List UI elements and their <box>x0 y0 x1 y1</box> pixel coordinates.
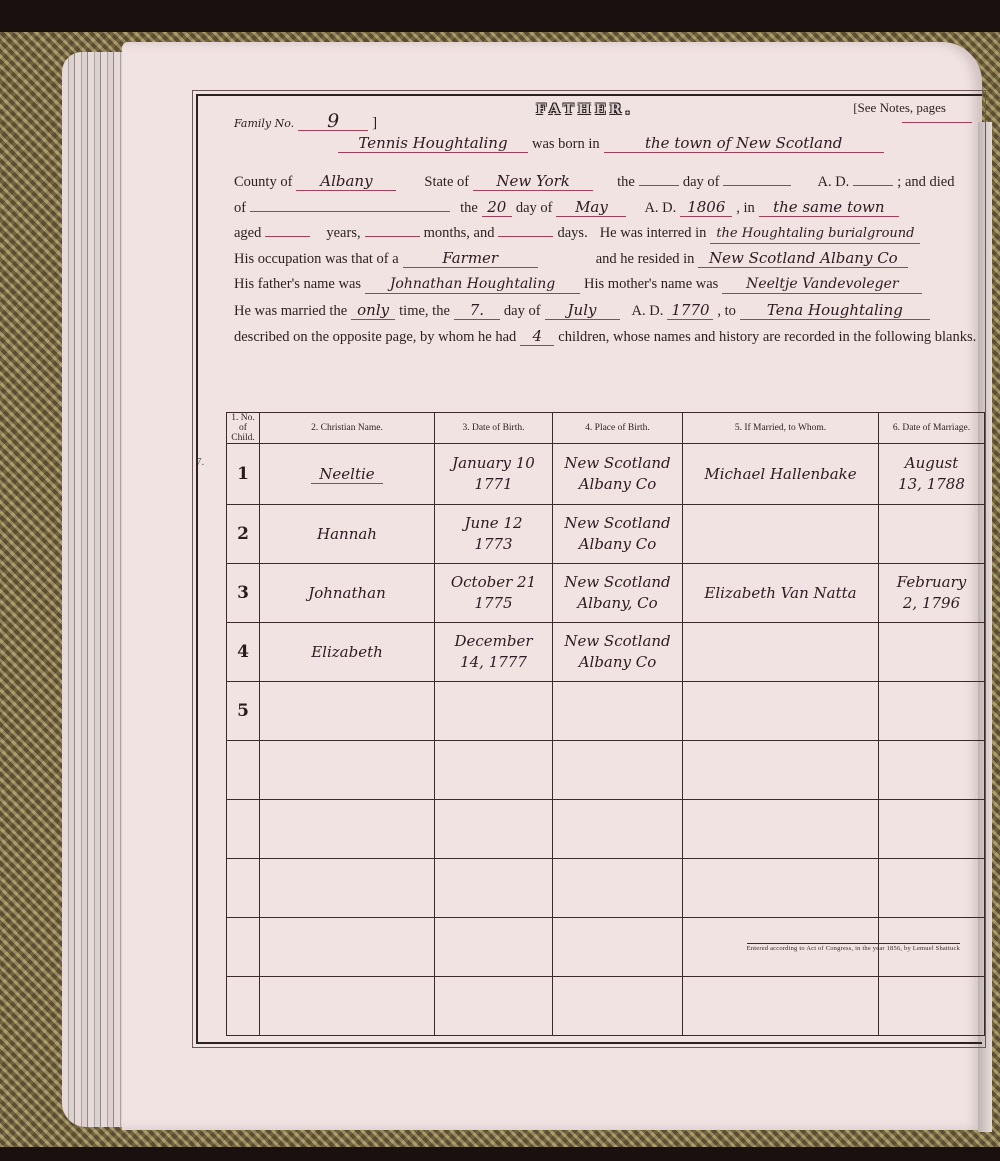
residence-field[interactable]: New Scotland Albany Co <box>698 249 908 268</box>
married-label: He was married the <box>234 303 347 319</box>
pob-line1: New Scotland <box>553 631 682 652</box>
family-no-label: Family No. <box>234 117 294 130</box>
birth-day-field[interactable] <box>639 185 679 186</box>
header-christian-name: 2. Christian Name. <box>260 413 435 444</box>
dom-line1: August <box>879 453 984 474</box>
ad-label: A. D. <box>817 174 849 190</box>
place-of-birth-cell[interactable] <box>553 741 683 800</box>
header-date-of-birth: 3. Date of Birth. <box>435 413 553 444</box>
death-year-field[interactable]: 1806 <box>680 198 732 217</box>
table-row <box>227 741 985 800</box>
dob-line1: June 12 <box>435 513 552 534</box>
married-to-cell[interactable] <box>683 800 879 859</box>
dom-line1: February <box>879 572 984 593</box>
married-to-cell[interactable]: Michael Hallenbake <box>683 444 879 505</box>
of-label: of <box>234 200 246 216</box>
family-no-bracket: ] <box>372 115 377 131</box>
married-to-cell[interactable]: Elizabeth Van Natta <box>683 564 879 623</box>
place-of-birth-cell[interactable]: New ScotlandAlbany Co <box>553 444 683 505</box>
table-row: 1NeeltieJanuary 101771New ScotlandAlbany… <box>227 444 985 505</box>
date-of-birth-cell[interactable]: October 211775 <box>435 564 553 623</box>
death-place-field[interactable] <box>250 211 450 212</box>
years-label: years, <box>326 225 360 241</box>
place-of-birth-cell[interactable]: New ScotlandAlbany Co <box>553 623 683 682</box>
mother-name-label: His mother's name was <box>584 276 718 292</box>
time-the-label: time, the <box>399 303 450 319</box>
header-child-no: 1. No. of Child. <box>227 413 260 444</box>
child-number: 4 <box>227 623 260 682</box>
children-count-field[interactable]: 4 <box>520 327 554 346</box>
married-to-cell[interactable] <box>683 623 879 682</box>
to-label: , to <box>717 303 736 319</box>
christian-name-cell[interactable] <box>260 918 435 977</box>
table-row: 2HannahJune 121773New ScotlandAlbany Co <box>227 505 985 564</box>
father-name-label: His father's name was <box>234 276 361 292</box>
family-no-field[interactable]: 9 <box>298 112 368 131</box>
ad-label: A. D. <box>632 303 664 319</box>
pob-line1: New Scotland <box>553 453 682 474</box>
date-of-marriage-cell[interactable] <box>879 623 985 682</box>
date-of-birth-cell[interactable] <box>435 741 553 800</box>
place-of-birth-cell[interactable] <box>553 918 683 977</box>
christian-name-cell[interactable]: Neeltie <box>260 444 435 505</box>
birth-month-field[interactable] <box>723 185 791 186</box>
the-label: the <box>617 174 635 190</box>
father-name-field[interactable]: Tennis Houghtaling <box>338 134 528 153</box>
dob-line1: October 21 <box>435 572 552 593</box>
aged-years-field[interactable] <box>265 236 310 237</box>
dob-line2: 1773 <box>435 534 552 555</box>
dom-line2: 2, 1796 <box>879 593 984 614</box>
table-row <box>227 859 985 918</box>
date-of-birth-cell[interactable] <box>435 682 553 741</box>
death-month-field[interactable]: May <box>556 198 626 217</box>
christian-name-cell[interactable] <box>260 977 435 1036</box>
fathers-father-field[interactable]: Johnathan Houghtaling <box>365 275 580 294</box>
child-number <box>227 859 260 918</box>
interred-label: He was interred in <box>600 225 707 241</box>
christian-name: Hannah <box>317 525 377 543</box>
date-of-birth-cell[interactable] <box>435 918 553 977</box>
the-label: the <box>460 200 478 216</box>
date-of-marriage-cell[interactable]: August13, 1788 <box>879 444 985 505</box>
child-number <box>227 977 260 1036</box>
date-of-marriage-cell[interactable] <box>879 682 985 741</box>
christian-name: Elizabeth <box>311 643 383 661</box>
place-of-birth-cell[interactable]: New ScotlandAlbany Co <box>553 505 683 564</box>
married-month-field[interactable]: July <box>545 301 620 320</box>
birth-year-field[interactable] <box>853 185 893 186</box>
pob-line1: New Scotland <box>553 572 682 593</box>
dob-line1: December <box>435 631 552 652</box>
christian-name-cell[interactable] <box>260 741 435 800</box>
christian-name-cell[interactable]: Hannah <box>260 505 435 564</box>
date-of-marriage-cell[interactable] <box>879 741 985 800</box>
child-number <box>227 741 260 800</box>
pob-line2: Albany, Co <box>553 593 682 614</box>
married-times-field[interactable]: only <box>351 301 395 320</box>
married-to-cell[interactable] <box>683 505 879 564</box>
pob-line2: Albany Co <box>553 534 682 555</box>
death-day-field[interactable]: 20 <box>482 198 512 217</box>
day-of-label: day of <box>683 174 720 190</box>
pob-line2: Albany Co <box>553 474 682 495</box>
date-of-birth-cell[interactable] <box>435 977 553 1036</box>
date-of-birth-cell[interactable]: June 121773 <box>435 505 553 564</box>
resided-label: and he resided in <box>596 251 695 267</box>
interred-field[interactable]: the Houghtaling burialground <box>710 225 920 244</box>
state-field[interactable]: New York <box>473 172 593 191</box>
christian-name-cell[interactable]: Elizabeth <box>260 623 435 682</box>
day-of-label: day of <box>516 200 553 216</box>
child-number: 3 <box>227 564 260 623</box>
born-in-label: was born in <box>532 136 600 152</box>
date-of-marriage-cell[interactable] <box>879 800 985 859</box>
header-date-of-marriage: 6. Date of Marriage. <box>879 413 985 444</box>
aged-label: aged <box>234 225 261 241</box>
dob-line2: 1771 <box>435 474 552 495</box>
table-row <box>227 800 985 859</box>
dob-line2: 14, 1777 <box>435 652 552 673</box>
christian-name-cell[interactable] <box>260 800 435 859</box>
date-of-marriage-cell[interactable] <box>879 977 985 1036</box>
father-record-form: FATHER. [See Notes, pages Family No. 9 ]… <box>196 94 982 1044</box>
table-row: 3JohnathanOctober 211775New ScotlandAlba… <box>227 564 985 623</box>
place-of-birth-cell[interactable] <box>553 977 683 1036</box>
child-number: 1 <box>227 444 260 505</box>
months-label: months, and <box>424 225 495 241</box>
married-to-cell[interactable] <box>683 977 879 1036</box>
place-of-birth-cell[interactable] <box>553 859 683 918</box>
occupation-field[interactable]: Farmer <box>403 249 538 268</box>
place-of-birth-cell[interactable] <box>553 682 683 741</box>
date-of-marriage-cell[interactable] <box>879 859 985 918</box>
table-header-row: 1. No. of Child. 2. Christian Name. 3. D… <box>227 413 985 444</box>
death-town-field[interactable]: the same town <box>759 198 899 217</box>
table-row: 4ElizabethDecember14, 1777New ScotlandAl… <box>227 623 985 682</box>
table-row: 5 <box>227 682 985 741</box>
christian-name-cell[interactable] <box>260 859 435 918</box>
place-of-birth-cell[interactable] <box>553 800 683 859</box>
date-of-birth-cell[interactable] <box>435 859 553 918</box>
date-of-marriage-cell[interactable]: February2, 1796 <box>879 564 985 623</box>
ad-label: A. D. <box>644 200 676 216</box>
birthplace-field[interactable]: the town of New Scotland <box>604 134 884 153</box>
occupation-label: His occupation was that of a <box>234 251 399 267</box>
mother-name-field[interactable]: Neeltje Vandevoleger <box>722 275 922 294</box>
date-of-birth-cell[interactable] <box>435 800 553 859</box>
married-year-field[interactable]: 1770 <box>667 301 713 320</box>
christian-name: Johnathan <box>308 584 386 602</box>
header-place-of-birth: 4. Place of Birth. <box>553 413 683 444</box>
christian-name: Neeltie <box>311 465 382 484</box>
aged-months-field[interactable] <box>365 236 420 237</box>
aged-days-field[interactable] <box>498 236 553 237</box>
child-number: 5 <box>227 682 260 741</box>
days-label: days. <box>557 225 587 241</box>
header-married-to: 5. If Married, to Whom. <box>683 413 879 444</box>
date-of-birth-cell[interactable]: December14, 1777 <box>435 623 553 682</box>
and-died-label: ; and died <box>897 174 954 190</box>
date-of-birth-cell[interactable]: January 101771 <box>435 444 553 505</box>
dob-line2: 1775 <box>435 593 552 614</box>
copyright-notice: Entered according to Act of Congress, in… <box>747 943 960 952</box>
county-label: County of <box>234 174 292 190</box>
child-number <box>227 800 260 859</box>
christian-name-cell[interactable]: Johnathan <box>260 564 435 623</box>
married-to-cell[interactable] <box>683 682 879 741</box>
child-number: 2 <box>227 505 260 564</box>
child-number <box>227 918 260 977</box>
married-day-field[interactable]: 7. <box>454 301 500 320</box>
married-to-cell[interactable] <box>683 859 879 918</box>
date-of-marriage-cell[interactable] <box>879 505 985 564</box>
place-of-birth-cell[interactable]: New ScotlandAlbany, Co <box>553 564 683 623</box>
married-to: Elizabeth Van Natta <box>704 584 856 602</box>
pob-line1: New Scotland <box>553 513 682 534</box>
married-to: Michael Hallenbake <box>704 465 856 483</box>
dom-line2: 13, 1788 <box>879 474 984 495</box>
state-label: State of <box>424 174 469 190</box>
day-of-label: day of <box>504 303 541 319</box>
described-label: described on the opposite page, by whom … <box>234 329 516 345</box>
dob-line1: January 10 <box>435 453 552 474</box>
children-label: children, whose names and history are re… <box>558 329 976 345</box>
county-field[interactable]: Albany <box>296 172 396 191</box>
spouse-field[interactable]: Tena Houghtaling <box>740 301 930 320</box>
in-label: , in <box>736 200 755 216</box>
christian-name-cell[interactable] <box>260 682 435 741</box>
married-to-cell[interactable] <box>683 741 879 800</box>
pob-line2: Albany Co <box>553 652 682 673</box>
table-row <box>227 977 985 1036</box>
